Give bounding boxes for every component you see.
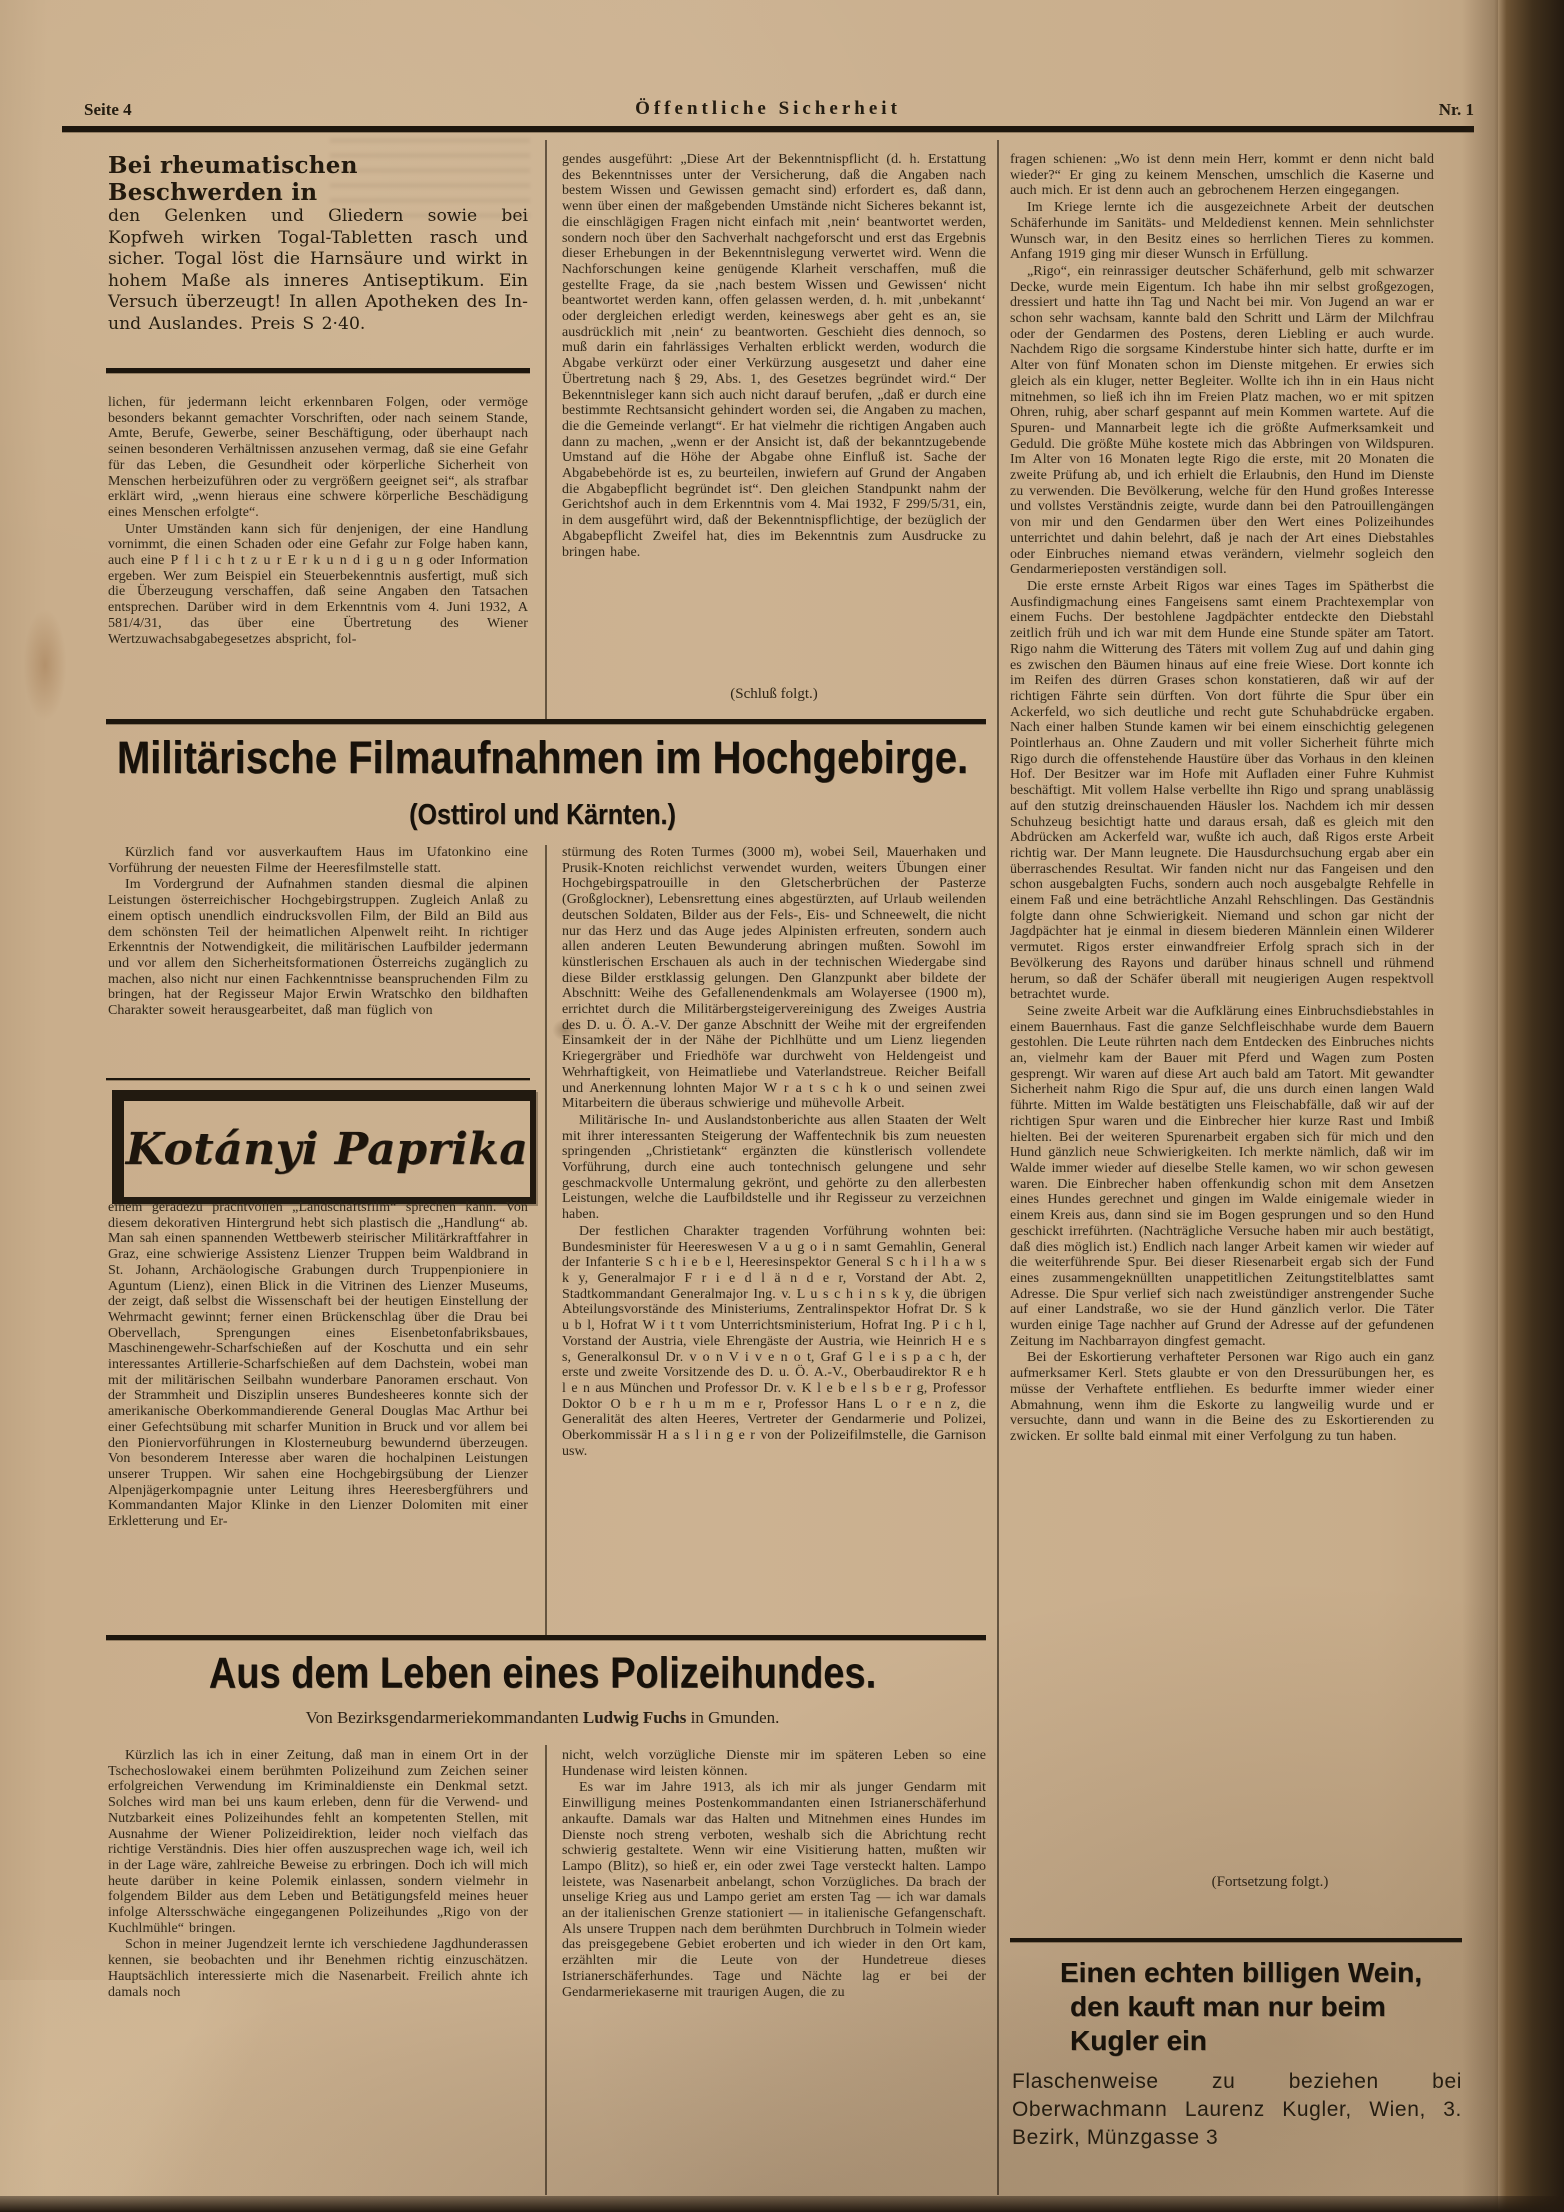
paragraph: „Rigo“, ein reinrassiger deutscher Schäf… [1010, 264, 1434, 578]
to-be-concluded-note: (Schluß folgt.) [562, 686, 986, 703]
paragraph: Kürzlich fand vor ausverkauftem Haus im … [108, 845, 528, 876]
paper-stain [16, 590, 74, 740]
film-article-col1-bottom: einem geradezu prachtvollen „Landschafts… [108, 1200, 528, 1628]
kotanyi-ad-text: Kotányi Paprika [126, 1124, 529, 1175]
paragraph: Der festlichen Charakter tragenden Vorfü… [562, 1224, 986, 1460]
paragraph: gendes ausgeführt: „Diese Art der Bekenn… [562, 152, 986, 560]
paragraph: nicht, welch vorzügliche Dienste mir im … [562, 1748, 986, 1779]
film-article-col2: stürmung des Roten Turmes (3000 m), wobe… [562, 845, 986, 1627]
section-rule [106, 719, 986, 724]
issue-number-label: Nr. 1 [1370, 100, 1474, 120]
section-rule [106, 368, 530, 373]
paragraph: Die erste ernste Arbeit Rigos war eines … [1010, 579, 1434, 1003]
legal-article-col2: gendes ausgeführt: „Diese Art der Bekenn… [562, 152, 986, 680]
dog-article-headline: Aus dem Leben eines Polizeihundes. [95, 1650, 990, 1699]
wine-ad-headline-line1: Einen echten billigen Wein, [1012, 1956, 1462, 1990]
page-edge-dark-band [1494, 0, 1564, 2212]
togal-advertisement: Bei rheumatischen Beschwerden in den Gel… [108, 152, 528, 335]
newspaper-title: Öffentliche Sicherheit [62, 98, 1474, 120]
paragraph: Im Kriege lernte ich die ausgezeichnete … [1010, 200, 1434, 263]
dog-article-byline: Von Bezirksgendarmeriekommandanten Ludwi… [95, 1708, 990, 1728]
page-edge-shadow [1462, 0, 1498, 2212]
kugler-wine-advertisement: Einen echten billigen Wein, den kauft ma… [1012, 1956, 1462, 2152]
paragraph: Es war im Jahre 1913, als ich mir als ju… [562, 1780, 986, 2000]
togal-ad-body: den Gelenken und Gliedern sowie bei Kopf… [108, 206, 528, 335]
column-rule [545, 140, 547, 720]
dog-article-col3: fragen schienen: „Wo ist denn mein Herr,… [1010, 152, 1434, 1854]
paragraph: Bei der Eskortierung verhafteter Persone… [1010, 1350, 1434, 1444]
dog-article-col2: nicht, welch vorzügliche Dienste mir im … [562, 1748, 986, 2200]
wine-ad-headline-line2: den kauft man nur beim Kugler ein [1012, 1990, 1462, 2058]
ad-separator-rule [106, 1078, 530, 1080]
byline-author-name: Ludwig Fuchs [583, 1708, 686, 1727]
film-article-headline: Militärische Filmaufnahmen im Hochgebirg… [95, 733, 990, 784]
paragraph: fragen schienen: „Wo ist denn mein Herr,… [1010, 152, 1434, 199]
wine-ad-body: Flaschenweise zu beziehen bei Oberwachma… [1012, 2068, 1462, 2152]
legal-article-col1: lichen, für jedermann leicht erkennbaren… [108, 395, 528, 717]
page-bottom-edge [0, 2196, 1564, 2212]
film-article-subhead: (Osttirol und Kärnten.) [95, 799, 990, 832]
byline-suffix: in Gmunden. [686, 1708, 779, 1727]
paragraph: einem geradezu prachtvollen „Landschafts… [108, 1200, 528, 1530]
paragraph: Schon in meiner Jugendzeit lernte ich ve… [108, 1937, 528, 2000]
kotanyi-advertisement: Kotányi Paprika [112, 1090, 536, 1204]
paragraph: Im Vordergrund der Aufnahmen standen die… [108, 877, 528, 1018]
film-article-col1-top: Kürzlich fand vor ausverkauftem Haus im … [108, 845, 528, 1075]
dog-article-col1: Kürzlich las ich in einer Zeitung, daß m… [108, 1748, 528, 2184]
paragraph: Seine zweite Arbeit war die Aufklärung e… [1010, 1004, 1434, 1349]
newspaper-page: Seite 4 Öffentliche Sicherheit Nr. 1 Bei… [0, 0, 1564, 2212]
section-rule [106, 1635, 986, 1640]
column-rule [545, 1745, 547, 2195]
column-rule [997, 140, 999, 2195]
header-rule [62, 126, 1474, 132]
paragraph: Unter Umständen kann sich für denjenigen… [108, 522, 528, 648]
byline-prefix: Von Bezirksgendarmeriekommandanten [306, 1708, 583, 1727]
paragraph: lichen, für jedermann leicht erkennbaren… [108, 395, 528, 521]
column-rule [545, 845, 547, 1635]
ad-separator-rule [1010, 1938, 1462, 1942]
paragraph: Kürzlich las ich in einer Zeitung, daß m… [108, 1748, 528, 1936]
to-be-continued-note: (Fortsetzung folgt.) [1120, 1874, 1420, 1891]
paragraph: stürmung des Roten Turmes (3000 m), wobe… [562, 845, 986, 1112]
togal-ad-headline: Bei rheumatischen Beschwerden in [108, 152, 528, 206]
paragraph: Militärische In- und Auslandstonberichte… [562, 1113, 986, 1223]
